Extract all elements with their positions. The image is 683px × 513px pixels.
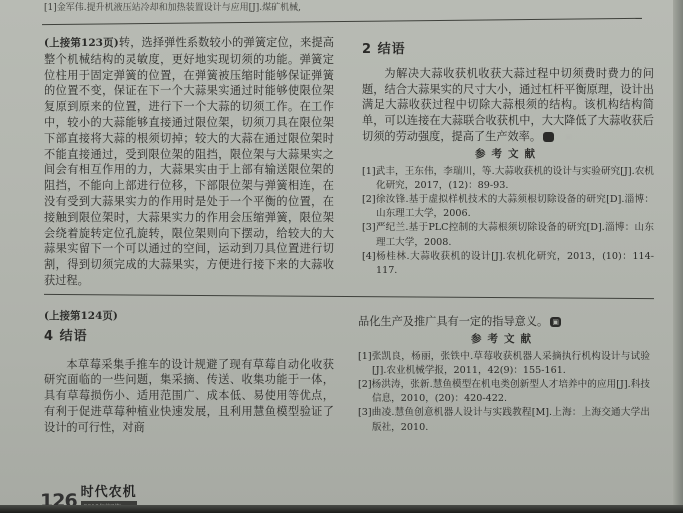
conclusion-paragraph-end: 品化生产及推广具有一定的指导意义。▣ (358, 314, 650, 330)
references-title: 参考文献 (362, 147, 654, 163)
paragraph-text: 转，选择弹性系数较小的弹簧定位，来提高整个机械结构的灵敏度，更好地实现切须的功能… (44, 36, 334, 287)
reference-item: [3]严纪兰.基于PLC控制的大蒜根须切除设备的研究[D].淄博：山东理工大学，… (362, 221, 654, 249)
page-edge-shadow (673, 0, 683, 513)
continuation-label: (上接第123页) (44, 37, 119, 49)
bottom-left-column: (上接第124页) 4 结语 本草莓采集手推车的设计规避了现有草莓自动化收获研究… (44, 309, 334, 436)
reference-item: [3]曲凌.慧鱼创意机器人设计与实践教程[M].上海：上海交通大学出版社，201… (358, 406, 650, 434)
body-paragraph: (上接第123页)转，选择弹性系数较小的弹簧定位，来提高整个机械结构的灵敏度，更… (44, 35, 334, 289)
paragraph-text: 为解决大蒜收获机收获大蒜过程中切须费时费力的问题，结合大蒜果实的尺寸大小，通过杠… (362, 67, 654, 143)
end-of-article-icon: ▣ (550, 317, 561, 327)
reference-item: [1]张凯良，杨丽，张铁中.草莓收获机器人采摘执行机构设计与试验[J].农业机械… (358, 350, 650, 378)
magazine-title: 时代农机 (81, 486, 137, 500)
previous-reference-fragment: [1]金军伟.提升机液压站冷却和加热装置设计与应用[J].煤矿机械, (44, 0, 301, 13)
reference-item: [2]杨洪涛，张新.慧鱼模型在机电类创新型人才培养中的应用[J].科技信息，20… (358, 378, 650, 406)
section-heading: 4 结语 (44, 329, 334, 345)
reference-item: [1]武丰，王东伟，李瑞川，等.大蒜收获机的设计与实验研究[J].农机化研究，2… (362, 165, 654, 193)
end-of-article-icon: ▣ (543, 132, 554, 142)
continuation-label: (上接第124页) (44, 309, 334, 325)
conclusion-paragraph: 本草莓采集手推车的设计规避了现有草莓自动化收获研究面临的一些问题，集采摘、传送、… (44, 357, 334, 436)
paragraph-text: 品化生产及推广具有一定的指导意义。 (358, 315, 548, 328)
reference-item: [4]杨桂林.大蒜收获机的设计[J].农机化研究，2013，(10)：114-1… (362, 250, 654, 278)
table-edge-shadow (0, 505, 683, 513)
top-right-column: 2 结语 为解决大蒜收获机收获大蒜过程中切须费时费力的问题，结合大蒜果实的尺寸大… (362, 42, 654, 278)
references-title: 参考文献 (358, 332, 650, 348)
middle-divider (44, 294, 654, 299)
reference-item: [2]徐汝锋.基于虚拟样机技术的大蒜须根切除设备的研究[D].淄博：山东理工大学… (362, 193, 654, 221)
top-left-column: (上接第123页)转，选择弹性系数较小的弹簧定位，来提高整个机械结构的灵敏度，更… (44, 35, 334, 289)
magazine-page: [1]金军伟.提升机液压站冷却和加热装置设计与应用[J].煤矿机械, (上接第1… (0, 0, 675, 505)
bottom-right-column: 品化生产及推广具有一定的指导意义。▣ 参考文献 [1]张凯良，杨丽，张铁中.草莓… (358, 314, 650, 435)
conclusion-paragraph: 为解决大蒜收获机收获大蒜过程中切须费时费力的问题，结合大蒜果实的尺寸大小，通过杠… (362, 66, 654, 145)
section-heading: 2 结语 (362, 42, 654, 58)
top-divider (42, 18, 642, 25)
